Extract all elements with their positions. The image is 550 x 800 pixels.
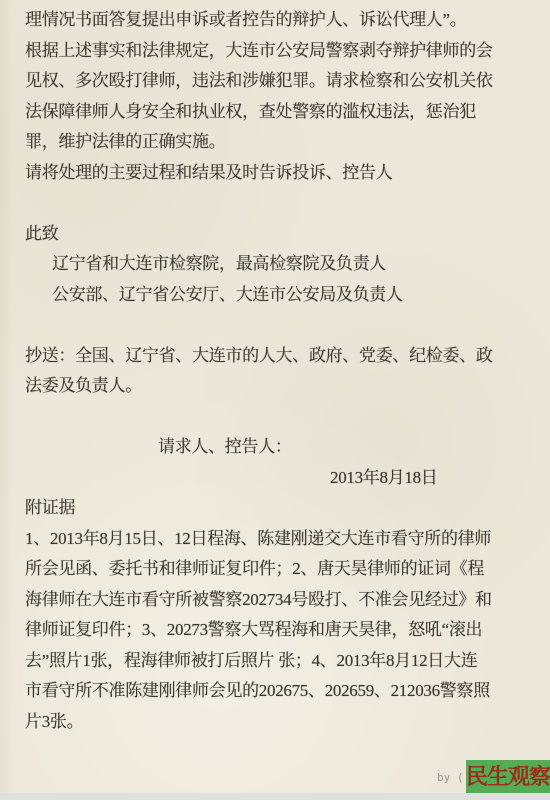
- doc-line-evidence: 片3张。: [25, 707, 537, 738]
- doc-line-salutation: 此致: [25, 219, 537, 250]
- doc-line-evidence: 律师证复印件；3、20273警察大骂程海和唐天昊律，怒吼“滚出: [25, 615, 537, 646]
- watermark-badge: 民生观察: [466, 760, 550, 793]
- doc-line-evidence: 去”照片1张，程海律师被打后照片 张；4、2013年8月12日大连: [25, 646, 537, 677]
- doc-line-evidence: 1、2013年8月15日、12日程海、陈建刚递交大连市看守所的律师: [25, 524, 537, 555]
- doc-line-addressee: 公安部、辽宁省公安厅、大连市公安局及负责人: [25, 280, 537, 311]
- document-body: 理情况书面答复提出申诉或者控告的辩护人、诉讼代理人”。 根据上述事实和法律规定，…: [25, 5, 537, 737]
- doc-line-cc: 抄送：全国、辽宁省、大连市的人大、政府、党委、纪检委、政: [25, 341, 537, 372]
- doc-line-cc: 法委及负责人。: [25, 371, 537, 402]
- doc-line: 见权、多次殴打律师，违法和涉嫌犯罪。请求检察和公安机关依: [25, 66, 537, 97]
- doc-line-signature: 请求人、控告人：: [25, 432, 537, 463]
- doc-blank-line: [25, 188, 537, 219]
- doc-line: 法保障律师人身安全和执业权，查处警察的滥权违法，惩治犯: [25, 97, 537, 128]
- doc-line-addressee: 辽宁省和大连市检察院，最高检察院及负责人: [25, 249, 537, 280]
- doc-line-evidence: 所会见函、委托书和律师证复印件；2、唐天昊律师的证词《程: [25, 554, 537, 585]
- doc-line-date: 2013年8月18日: [25, 463, 537, 494]
- doc-line: 理情况书面答复提出申诉或者控告的辩护人、诉讼代理人”。: [25, 5, 537, 36]
- document-page: 理情况书面答复提出申诉或者控告的辩护人、诉讼代理人”。 根据上述事实和法律规定，…: [0, 0, 550, 800]
- doc-line-evidence: 海律师在大连市看守所被警察202734号殴打、不准会见经过》和: [25, 585, 537, 616]
- doc-line: 罪，维护法律的正确实施。: [25, 127, 537, 158]
- watermark-byline: by (: [437, 771, 464, 784]
- doc-blank-line: [25, 402, 537, 433]
- doc-line-evidence: 市看守所不准陈建刚律师会见的202675、202659、212036警察照: [25, 676, 537, 707]
- doc-line: 请将处理的主要过程和结果及时告诉投诉、控告人: [25, 158, 537, 189]
- doc-line-evidence-heading: 附证据: [25, 493, 537, 524]
- footer-strip: [0, 793, 550, 800]
- doc-blank-line: [25, 310, 537, 341]
- doc-line: 根据上述事实和法律规定，大连市公安局警察剥夺辩护律师的会: [25, 36, 537, 67]
